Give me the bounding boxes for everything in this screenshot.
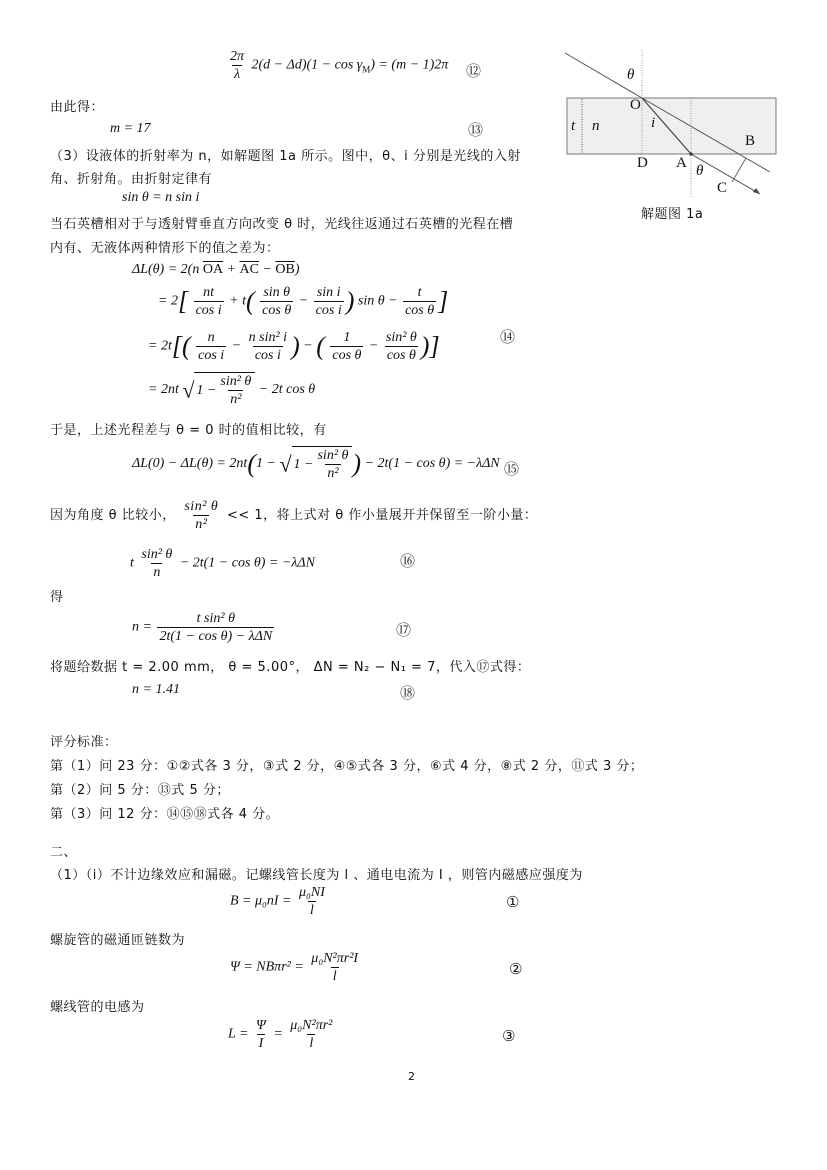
label-t: t [571, 118, 575, 135]
label-A: A [676, 155, 687, 172]
equation-tag-s2-1: ① [506, 893, 519, 911]
equation-13: m = 17 [110, 121, 151, 137]
label-theta-bottom: θ [696, 163, 703, 180]
text-data: 将题给数据 t = 2.00 mm， θ = 5.00°， ΔN = N₂ − … [50, 656, 530, 675]
grading-line-1: 第（1）问 23 分：①②式各 3 分，③式 2 分，④⑤式各 3 分，⑥式 4… [50, 755, 643, 774]
equation-s2-3: L = ΨI = μ₀N²πr²l [228, 1017, 336, 1052]
paragraph-when-1: 当石英槽相对于与透射臂垂直方向改变 θ 时，光线往返通过石英槽的光程在槽 [50, 213, 513, 232]
text-de: 得 [50, 586, 64, 605]
text-inductance: 螺线管的电感为 [50, 996, 145, 1015]
equation-tag-s2-2: ② [509, 960, 522, 978]
equation-tag-s2-3: ③ [502, 1027, 515, 1045]
label-O: O [630, 97, 641, 114]
label-C: C [717, 180, 727, 197]
figure-caption: 解题图 1a [641, 203, 703, 222]
equation-14-line-1: ΔL(θ) = 2(n OA + AC − OB) [132, 262, 300, 278]
text-yinwei: 因为角度 θ 比较小， sin² θn² << 1，将上式对 θ 作小量展开并保… [50, 498, 537, 533]
equation-15: ΔL(0) − ΔL(θ) = 2nt(1 − √1 − sin² θn²) −… [132, 446, 500, 482]
grading-title: 评分标准： [50, 731, 118, 750]
section-2-intro: （1）（i）不计边缘效应和漏磁。记螺线管长度为 l 、通电电流为 I ，则管内磁… [50, 864, 583, 883]
equation-tag-12: ⑫ [466, 60, 481, 81]
label-D: D [637, 155, 648, 172]
equation-14-line-3: = 2t[( ncos i − n sin² icos i) − ( 1cos … [148, 329, 440, 364]
equation-17: n = t sin² θ2t(1 − cos θ) − λΔN [132, 610, 276, 645]
equation-tag-14: ⑭ [500, 326, 515, 347]
text-yushi: 于是，上述光程差与 θ = 0 时的值相比较，有 [50, 419, 327, 438]
equation-s2-2: Ψ = NBπr² = μ₀N²πr²Il [230, 950, 362, 985]
equation-tag-18: ⑱ [400, 682, 415, 703]
paragraph-3-line-1: （3）设液体的折射率为 n，如解题图 1a 所示。图中，θ、i 分别是光线的入射 [50, 145, 521, 164]
label-theta-top: θ [627, 67, 634, 84]
equation-tag-15: ⑮ [504, 458, 519, 479]
label-B: B [745, 133, 755, 150]
fraction: 2πλ [228, 48, 246, 83]
grading-line-2: 第（2）问 5 分：⑬式 5 分； [50, 779, 230, 798]
text-flux: 螺旋管的磁通匝链数为 [50, 929, 185, 948]
label-i: i [651, 115, 655, 132]
text-youci: 由此得： [50, 96, 104, 115]
equation-s2-1: B = μ₀nI = μ₀NIl [230, 884, 329, 919]
paragraph-3-line-2: 角、折射角。由折射定律有 [50, 168, 212, 187]
equation-16: t sin² θn − 2t(1 − cos θ) = −λΔN [130, 546, 315, 581]
equation-14-line-4: = 2nt √1 − sin² θn² − 2t cos θ [148, 372, 315, 408]
equation-12: 2πλ 2(d − Δd)(1 − cos γM) = (m − 1)2π [226, 48, 448, 83]
equation-tag-17: ⑰ [396, 619, 411, 640]
snell-law: sin θ = n sin i [122, 190, 199, 206]
equation-tag-16: ⑯ [400, 550, 415, 571]
label-n: n [592, 118, 600, 135]
page-number: 2 [408, 1070, 415, 1083]
paragraph-when-2: 内有、无液体两种情形下的值之差为： [50, 237, 280, 256]
section-2-heading: 二、 [50, 841, 77, 860]
grading-line-3: 第（3）问 12 分：⑭⑮⑱式各 4 分。 [50, 803, 279, 822]
equation-14-line-2: = 2[ ntcos i + t( sin θcos θ − sin icos … [158, 284, 448, 319]
equation-tag-13: ⑬ [468, 119, 483, 140]
figure-1a: θ O i t n D A θ B C 解题图 1a [560, 45, 785, 230]
equation-18: n = 1.41 [132, 682, 180, 698]
